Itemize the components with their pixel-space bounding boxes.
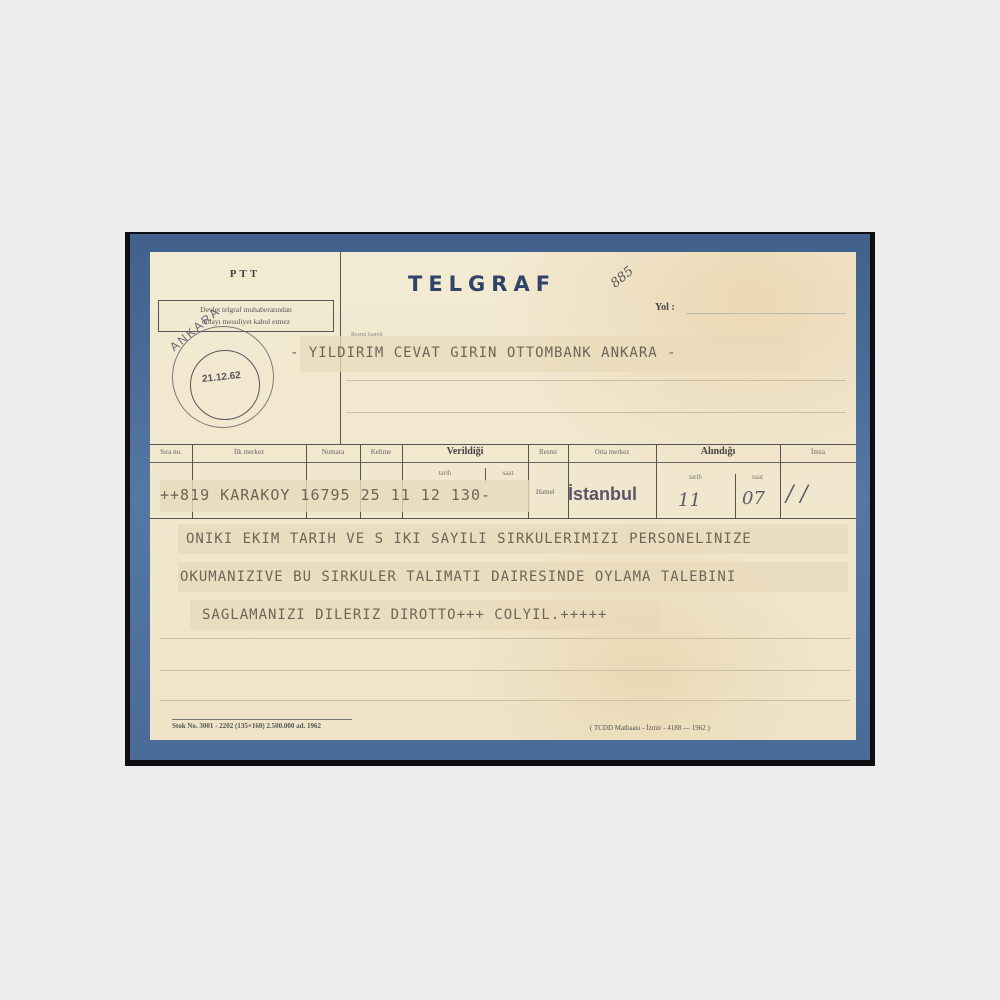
stock-info: Stok No. 3001 - 2202 (135×160) 2.500.000… <box>172 722 321 730</box>
header-imza: İmza <box>780 448 856 456</box>
message-line-2: OKUMANIZIVE BU SIRKULER TALIMATI DAIRESI… <box>180 569 736 585</box>
hamel-label: Hamel <box>536 488 555 496</box>
received-time-handwritten: 07 <box>742 488 765 509</box>
ruled-line <box>160 638 850 639</box>
ruled-line <box>346 380 846 381</box>
ruled-line <box>160 700 850 701</box>
signature-handwritten: / / <box>786 482 808 507</box>
handwritten-number: 885 <box>608 264 637 291</box>
header-numara: Numara <box>306 448 360 456</box>
recipient-address: - YILDIRIM CEVAT GIRIN OTTOMBANK ANKARA … <box>290 345 677 361</box>
table-header-divider <box>150 462 856 463</box>
ruled-line <box>160 670 850 671</box>
header-alindigi-tarih: tarih <box>656 473 735 481</box>
istanbul-stamp: İstanbul <box>568 484 637 505</box>
header-verildigi: Verildiği <box>402 446 528 457</box>
transmission-row: ++819 KARAKOY 16795 25 11 12 130- <box>160 486 491 504</box>
table-bottom-border <box>150 518 856 519</box>
header-kelime: Kelime <box>360 448 402 456</box>
yol-field-line <box>686 313 846 314</box>
footer-rule <box>172 719 352 720</box>
postmark-inner-ring <box>190 350 260 420</box>
header-verildigi-tarih: tarih <box>410 469 480 477</box>
received-date-handwritten: 11 <box>678 490 701 511</box>
header-orta-merkez: Orta merkez <box>568 448 656 456</box>
telegram-paper: PTT Devlet telgraf muhaberatından dolayı… <box>150 252 856 740</box>
ruled-line <box>346 412 846 413</box>
notice-line-1: Devlet telgraf muhaberatından <box>159 304 333 316</box>
printer-info: ( TCDD Matbaası - İzmir - 4188 — 1962 ) <box>590 724 710 732</box>
ptt-label: PTT <box>150 268 340 280</box>
notice-line-2: dolayı mesuliyet kabul etmez <box>159 316 333 328</box>
document-title: TELGRAF <box>408 272 556 296</box>
header-alindigi-saat: saat <box>735 473 780 481</box>
header-ilk-merkez: İlk merkez <box>192 448 306 456</box>
message-line-1: ONIKI EKIM TARIH VE S IKI SAYILI SIRKULE… <box>186 531 752 547</box>
header-resmi: Resmi <box>528 448 568 456</box>
message-line-3: SAGLAMANIZI DILERIZ DIROTTO+++ COLYIL.++… <box>202 607 607 623</box>
header-alindigi: Alındığı <box>656 446 780 457</box>
header-sira-no: Sıra no. <box>150 448 192 456</box>
yol-label: Yol : <box>655 302 675 313</box>
header-verildigi-saat: saat <box>488 469 528 477</box>
table-top-border <box>150 444 856 445</box>
